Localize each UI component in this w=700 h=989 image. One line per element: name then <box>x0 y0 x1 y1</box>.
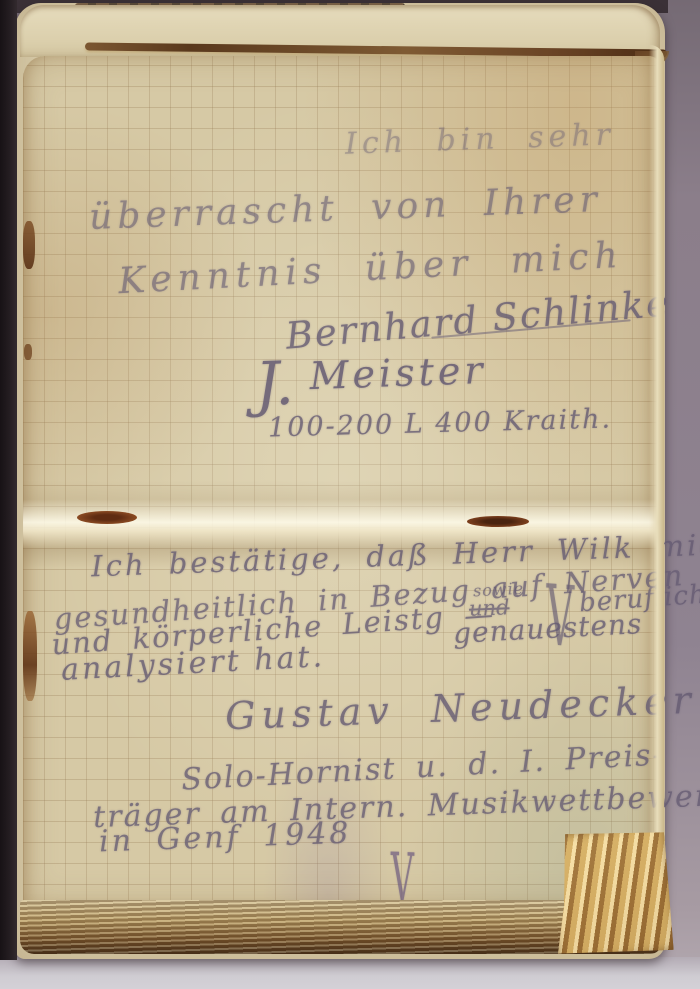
handwritten-line-meister: J. Meister <box>254 348 487 400</box>
scanner-background-left-dark <box>0 0 17 960</box>
scanner-background-bottom <box>0 957 700 989</box>
handwriting-layer: Ich bin sehr überrascht von Ihrer Kenntn… <box>23 56 659 906</box>
scanned-notebook-photo: Ich bin sehr überrascht von Ihrer Kenntn… <box>0 0 700 989</box>
handwritten-line-numbers: 100-200 L 400 Kraith. <box>268 404 613 444</box>
flourished-initial: J. <box>254 349 295 420</box>
meister-text: Meister <box>293 348 487 399</box>
notebook: Ich bin sehr überrascht von Ihrer Kenntn… <box>15 3 665 959</box>
handwritten-line-ueberrascht: überrascht von Ihrer <box>88 179 602 238</box>
signature-gustav-neudecker: Gustav Neudecker <box>224 678 697 738</box>
handwritten-line-opening: Ich bin sehr <box>344 117 615 161</box>
page-right-edge-highlight <box>649 45 664 907</box>
notebook-page: Ich bin sehr überrascht von Ihrer Kenntn… <box>23 56 659 906</box>
handwritten-line-genf-1948: in Genf 1948 <box>98 816 352 860</box>
signature-bernhard-schlinke: Bernhard Schlinke <box>284 281 672 357</box>
